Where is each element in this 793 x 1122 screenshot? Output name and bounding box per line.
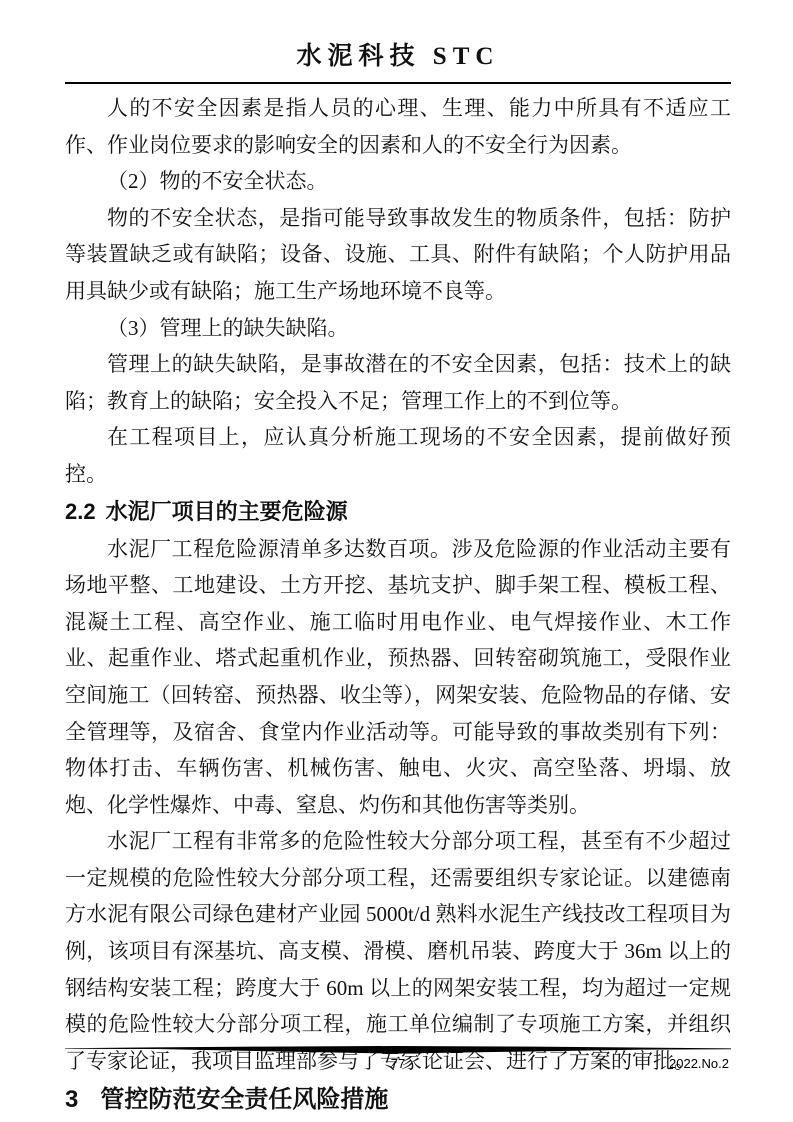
section-number: 2.2 <box>65 493 96 531</box>
journal-page: 水泥科技 STC 人的不安全因素是指人员的心理、生理、能力中所具有不适应工作、作… <box>0 0 793 1122</box>
journal-header: 水泥科技 STC <box>65 0 731 84</box>
section-title: 水泥厂项目的主要危险源 <box>106 499 348 524</box>
paragraph-management-defects: 管理上的缺失缺陷，是事故潜在的不安全因素，包括：技术上的缺陷；教育上的缺陷；安全… <box>65 346 731 419</box>
issue-label: 2022.No.2 <box>669 1056 729 1071</box>
paragraph-human-unsafe-factors: 人的不安全因素是指人员的心理、生理、能力中所具有不适应工作、作业岗位要求的影响安… <box>65 90 731 163</box>
article-body: 人的不安全因素是指人员的心理、生理、能力中所具有不适应工作、作业岗位要求的影响安… <box>65 84 731 1121</box>
journal-title: 水泥科技 STC <box>65 42 731 72</box>
section-heading-3: 3管控防范安全责任风险措施 <box>65 1079 731 1121</box>
section-number: 3 <box>65 1079 78 1121</box>
section-title: 管控防范安全责任风险措施 <box>100 1086 388 1113</box>
page-content: 水泥科技 STC 人的不安全因素是指人员的心理、生理、能力中所具有不适应工作、作… <box>65 0 731 1121</box>
paragraph-project-precontrol: 在工程项目上，应认真分析施工现场的不安全因素，提前做好预控。 <box>65 419 731 492</box>
footer-rule-bar <box>65 1043 731 1055</box>
paragraph-dangerous-subprojects: 水泥厂工程有非常多的危险性较大分部分项工程，甚至有不少超过一定规模的危险性较大分… <box>65 823 731 1079</box>
section-heading-2-2: 2.2水泥厂项目的主要危险源 <box>65 493 731 531</box>
paragraph-item-2-title: （2）物的不安全状态。 <box>65 163 731 200</box>
paragraph-object-unsafe-state: 物的不安全状态，是指可能导致事故发生的物质条件，包括：防护等装置缺乏或有缺陷；设… <box>65 200 731 310</box>
paragraph-hazard-source-list: 水泥厂工程危险源清单多达数百项。涉及危险源的作业活动主要有场地平整、工地建设、土… <box>65 531 731 824</box>
page-number: 77 <box>65 1056 731 1071</box>
page-footer: 77 2022.No.2 <box>65 1043 731 1073</box>
footer-row: 77 2022.No.2 <box>65 1055 731 1073</box>
paragraph-item-3-title: （3）管理上的缺失缺陷。 <box>65 310 731 347</box>
